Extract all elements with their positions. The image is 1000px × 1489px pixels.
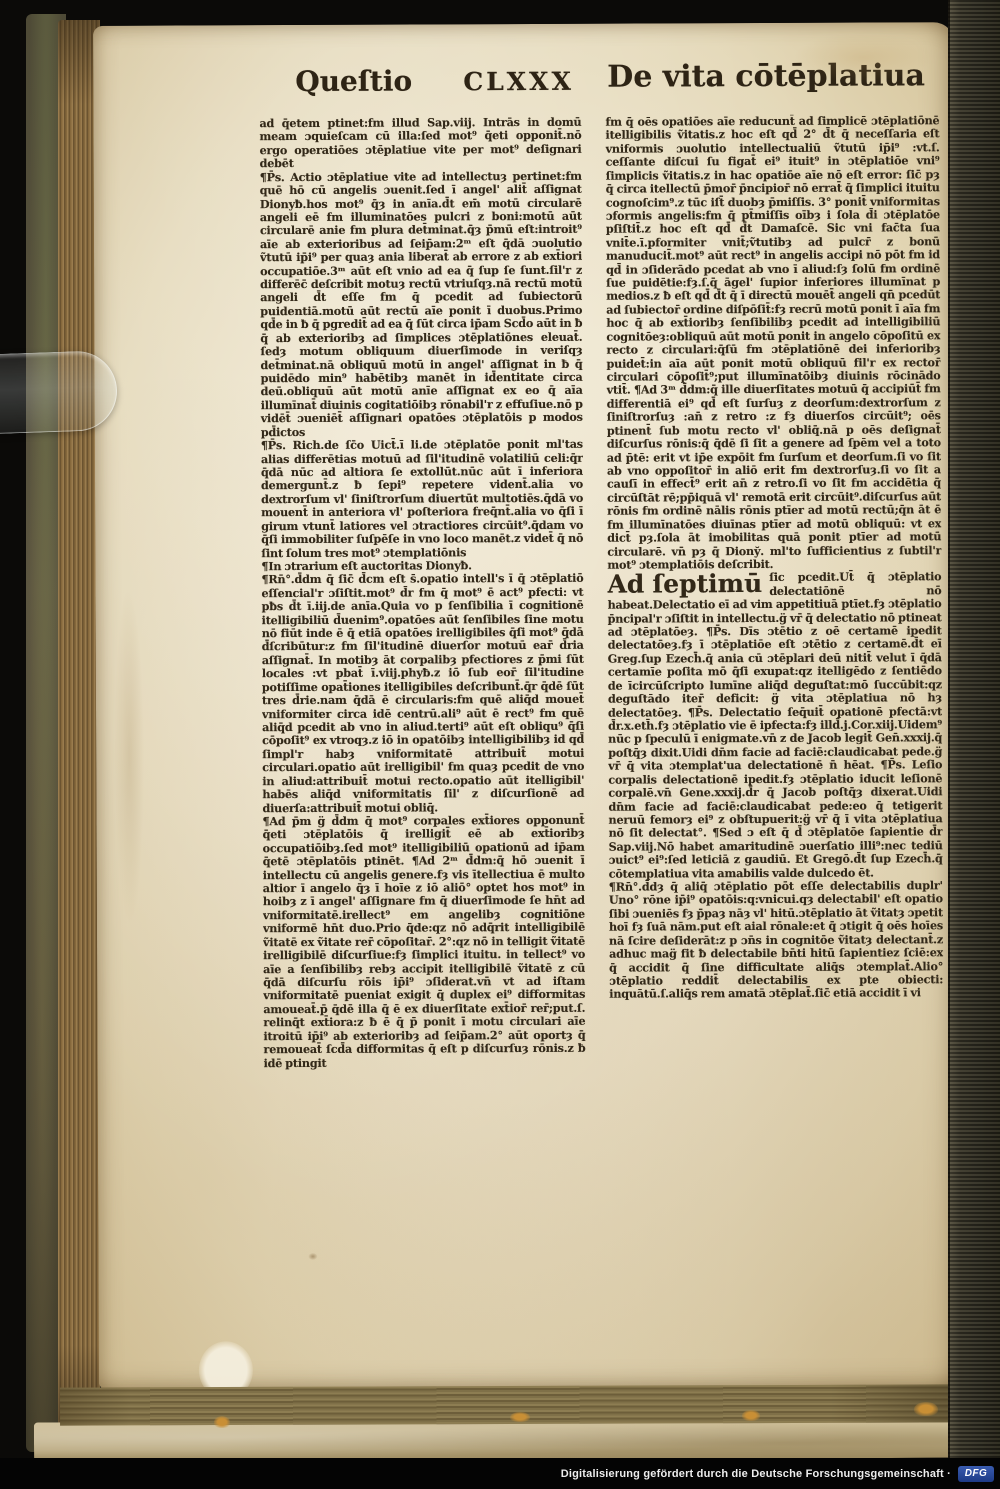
book-page: Queſtio CLXXX De vita cōtēplatiua ad q̄e… xyxy=(93,22,961,1390)
dfg-logo: DFG xyxy=(958,1466,994,1482)
digitization-credit-text: Digitalisierung gefördert durch die Deut… xyxy=(561,1468,951,1480)
book-scan-photo: Queſtio CLXXX De vita cōtēplatiua ad q̄e… xyxy=(0,0,1000,1489)
paragraph: ¶P̄s. Rich.de ſc̄o Uict̄.ī li.de ɔtēplat… xyxy=(261,438,584,560)
text-column-left: ad q̄etem ptinet:fm illud Sap.viij. Intr… xyxy=(259,116,586,1163)
text-column-right: fm q̄ oēs opatiōes aīe reducunt̄ ad ſimp… xyxy=(605,114,944,1161)
ink-spot xyxy=(308,1253,317,1260)
paragraph: ¶Rn̄°.d̄dȝ q̄ aliq̄ ɔtēplatio pōt eſſe d… xyxy=(609,879,944,1001)
edge-stain xyxy=(914,1402,938,1416)
digitization-footer: Digitalisierung gefördert durch die Deut… xyxy=(0,1458,1000,1489)
paragraph: fm q̄ oēs opatiōes aīe reducunt̄ ad ſimp… xyxy=(605,114,941,572)
gutter-foxing xyxy=(113,586,144,926)
article-paragraph: Ad ſeptimūſic pcedit.Ut̄ q̄ ɔtēplatio de… xyxy=(607,571,942,881)
edge-stain xyxy=(510,1412,530,1422)
paragraph: ¶Rn̄°.d̄dm q̄ ſic̄ d̄cm eſt s̄.opatio in… xyxy=(261,572,584,815)
paragraph: ¶P̄s. Actio ɔtēplatiue vite ad intellect… xyxy=(260,169,583,439)
page-stack-bottom-edge xyxy=(60,1384,956,1425)
glass-page-holder xyxy=(0,350,118,434)
running-head-questio: Queſtio xyxy=(295,64,412,98)
fore-edge-next-page xyxy=(948,0,1000,1462)
text-columns: ad q̄etem ptinet:fm illud Sap.viij. Intr… xyxy=(259,114,944,1163)
page-text-area: Queſtio CLXXX De vita cōtēplatiua ad q̄e… xyxy=(259,60,939,63)
paragraph: ¶Ad p̄m g̈ d̄dm q̄ mot⁹ corpales ext̄ior… xyxy=(262,814,585,1070)
article-heading: Ad ſeptimū xyxy=(607,571,769,598)
running-head-question-number: CLXXX xyxy=(463,67,574,96)
running-head-chapter-title: De vita cōtēplatiua xyxy=(607,58,925,94)
edge-stain xyxy=(214,1416,230,1428)
paragraph: ad q̄etem ptinet:fm illud Sap.viij. Intr… xyxy=(259,116,581,171)
edge-stain xyxy=(742,1410,760,1421)
article-body: ſic pcedit.Ut̄ q̄ ɔtēplatio delectatiōnē… xyxy=(608,570,943,881)
